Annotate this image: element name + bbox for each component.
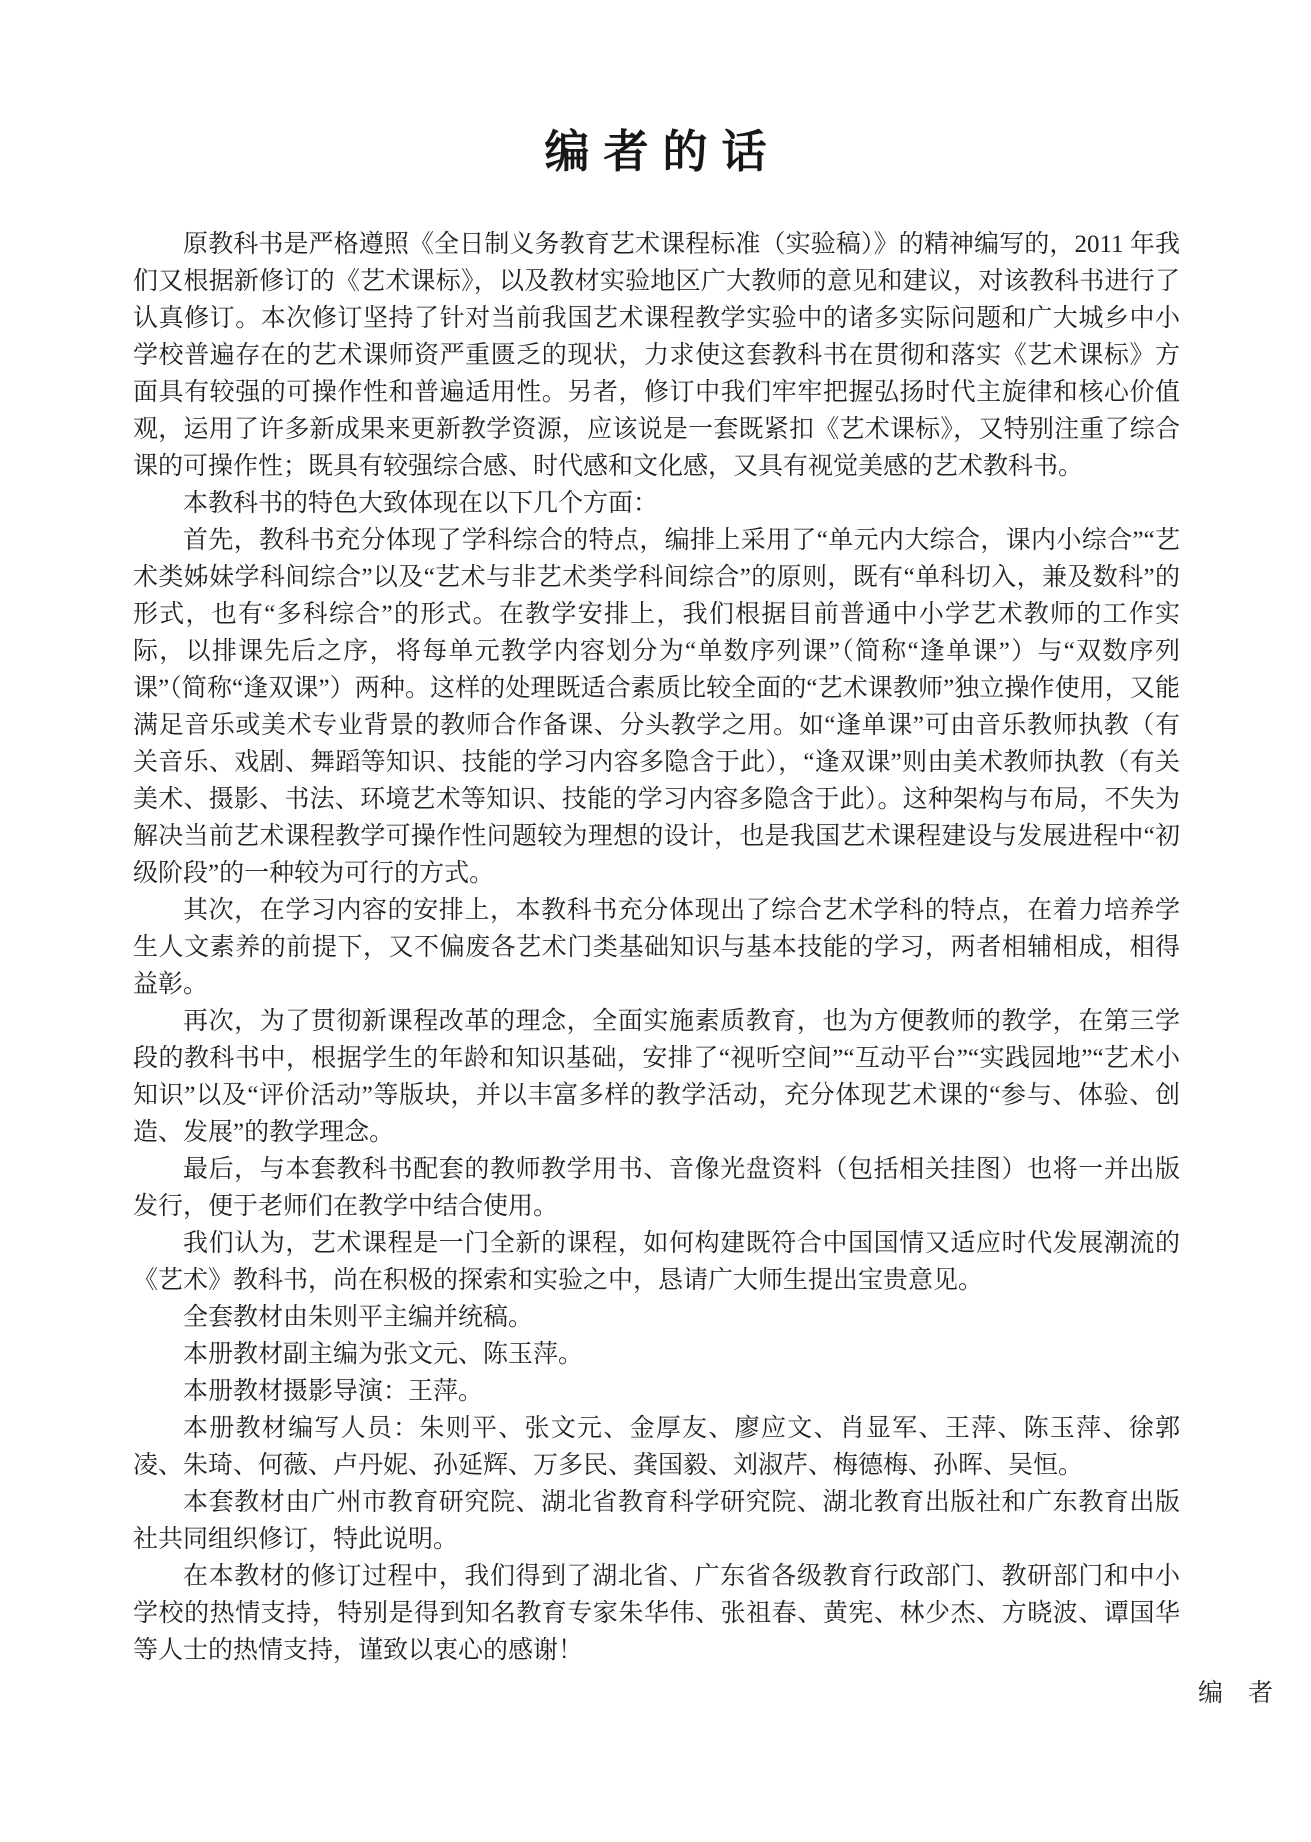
paragraph-writers: 本册教材编写人员：朱则平、张文元、金厚友、廖应文、肖显军、王萍、陈玉萍、徐郭凌、… [133, 1410, 1180, 1484]
paragraph-features-lead: 本教科书的特色大致体现在以下几个方面： [133, 485, 1180, 522]
paragraph-feedback-request: 我们认为，艺术课程是一门全新的课程，如何构建既符合中国国情又适应时代发展潮流的《… [133, 1225, 1180, 1299]
paragraph-first-point: 首先，教科书充分体现了学科综合的特点，编排上采用了“单元内大综合，课内小综合”“… [133, 522, 1180, 892]
paragraph-organizers: 本套教材由广州市教育研究院、湖北省教育科学研究院、湖北教育出版社和广东教育出版社… [133, 1484, 1180, 1558]
document-page: 编者的话 原教科书是严格遵照《全日制义务教育艺术课程标准（实验稿）》的精神编写的… [0, 0, 1311, 1842]
page-title: 编者的话 [0, 0, 1311, 178]
editor-signature: 编 者 [0, 1675, 1311, 1712]
paragraph-final-point: 最后，与本套教科书配套的教师教学用书、音像光盘资料（包括相关挂图）也将一并出版发… [133, 1151, 1180, 1225]
document-body: 原教科书是严格遵照《全日制义务教育艺术课程标准（实验稿）》的精神编写的，2011… [133, 226, 1180, 1669]
paragraph-third-point: 再次，为了贯彻新课程改革的理念，全面实施素质教育，也为方便教师的教学，在第三学段… [133, 1003, 1180, 1151]
paragraph-acknowledgements: 在本教材的修订过程中，我们得到了湖北省、广东省各级教育行政部门、教研部门和中小学… [133, 1558, 1180, 1669]
paragraph-intro: 原教科书是严格遵照《全日制义务教育艺术课程标准（实验稿）》的精神编写的，2011… [133, 226, 1180, 485]
paragraph-deputy-editors: 本册教材副主编为张文元、陈玉萍。 [133, 1336, 1180, 1373]
paragraph-photo-director: 本册教材摄影导演：王萍。 [133, 1373, 1180, 1410]
paragraph-second-point: 其次，在学习内容的安排上，本教科书充分体现出了综合艺术学科的特点，在着力培养学生… [133, 892, 1180, 1003]
paragraph-chief-editor: 全套教材由朱则平主编并统稿。 [133, 1299, 1180, 1336]
